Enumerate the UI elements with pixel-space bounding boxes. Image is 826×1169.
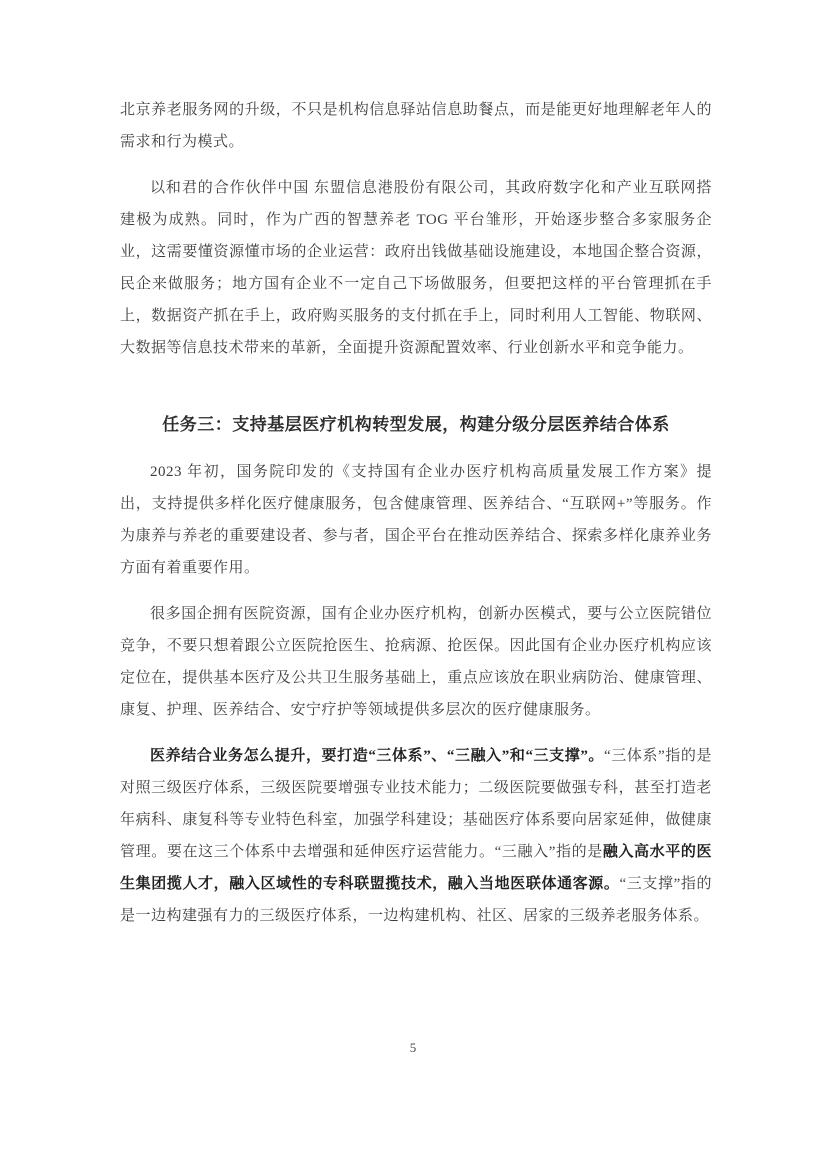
text-run: 北京养老服务网的升级，不只是机构信息驿站信息助餐点，而是能更好地理解老年人的需求… (120, 102, 712, 150)
section-paragraphs: 2023 年初，国务院印发的《支持国有企业办医疗机构高质量发展工作方案》提出，支… (120, 456, 712, 932)
bold-text-run: 医养结合业务怎么提升，要打造“三体系”、“三融入”和“三支撑”。 (150, 748, 604, 764)
text-run: 很多国企拥有医院资源，国有企业办医疗机构，创新办医模式，要与公立医院错位竞争，不… (120, 606, 712, 718)
intro-paragraphs: 北京养老服务网的升级，不只是机构信息驿站信息助餐点，而是能更好地理解老年人的需求… (120, 94, 712, 364)
document-page: 北京养老服务网的升级，不只是机构信息驿站信息助餐点，而是能更好地理解老年人的需求… (0, 0, 826, 1169)
paragraph: 以和君的合作伙伴中国 东盟信息港股份有限公司，其政府数字化和产业互联网搭建极为成… (120, 172, 712, 364)
paragraph: 医养结合业务怎么提升，要打造“三体系”、“三融入”和“三支撑”。“三体系”指的是… (120, 740, 712, 932)
text-run: 2023 年初，国务院印发的《支持国有企业办医疗机构高质量发展工作方案》提出，支… (120, 464, 712, 576)
section-heading: 任务三：支持基层医疗机构转型发展，构建分级分层医养结合体系 (120, 412, 712, 438)
page-number: 5 (0, 1040, 826, 1056)
text-run: 以和君的合作伙伴中国 东盟信息港股份有限公司，其政府数字化和产业互联网搭建极为成… (120, 180, 712, 356)
paragraph: 2023 年初，国务院印发的《支持国有企业办医疗机构高质量发展工作方案》提出，支… (120, 456, 712, 584)
paragraph: 很多国企拥有医院资源，国有企业办医疗机构，创新办医模式，要与公立医院错位竞争，不… (120, 598, 712, 726)
paragraph: 北京养老服务网的升级，不只是机构信息驿站信息助餐点，而是能更好地理解老年人的需求… (120, 94, 712, 158)
page-content: 北京养老服务网的升级，不只是机构信息驿站信息助餐点，而是能更好地理解老年人的需求… (120, 94, 712, 946)
